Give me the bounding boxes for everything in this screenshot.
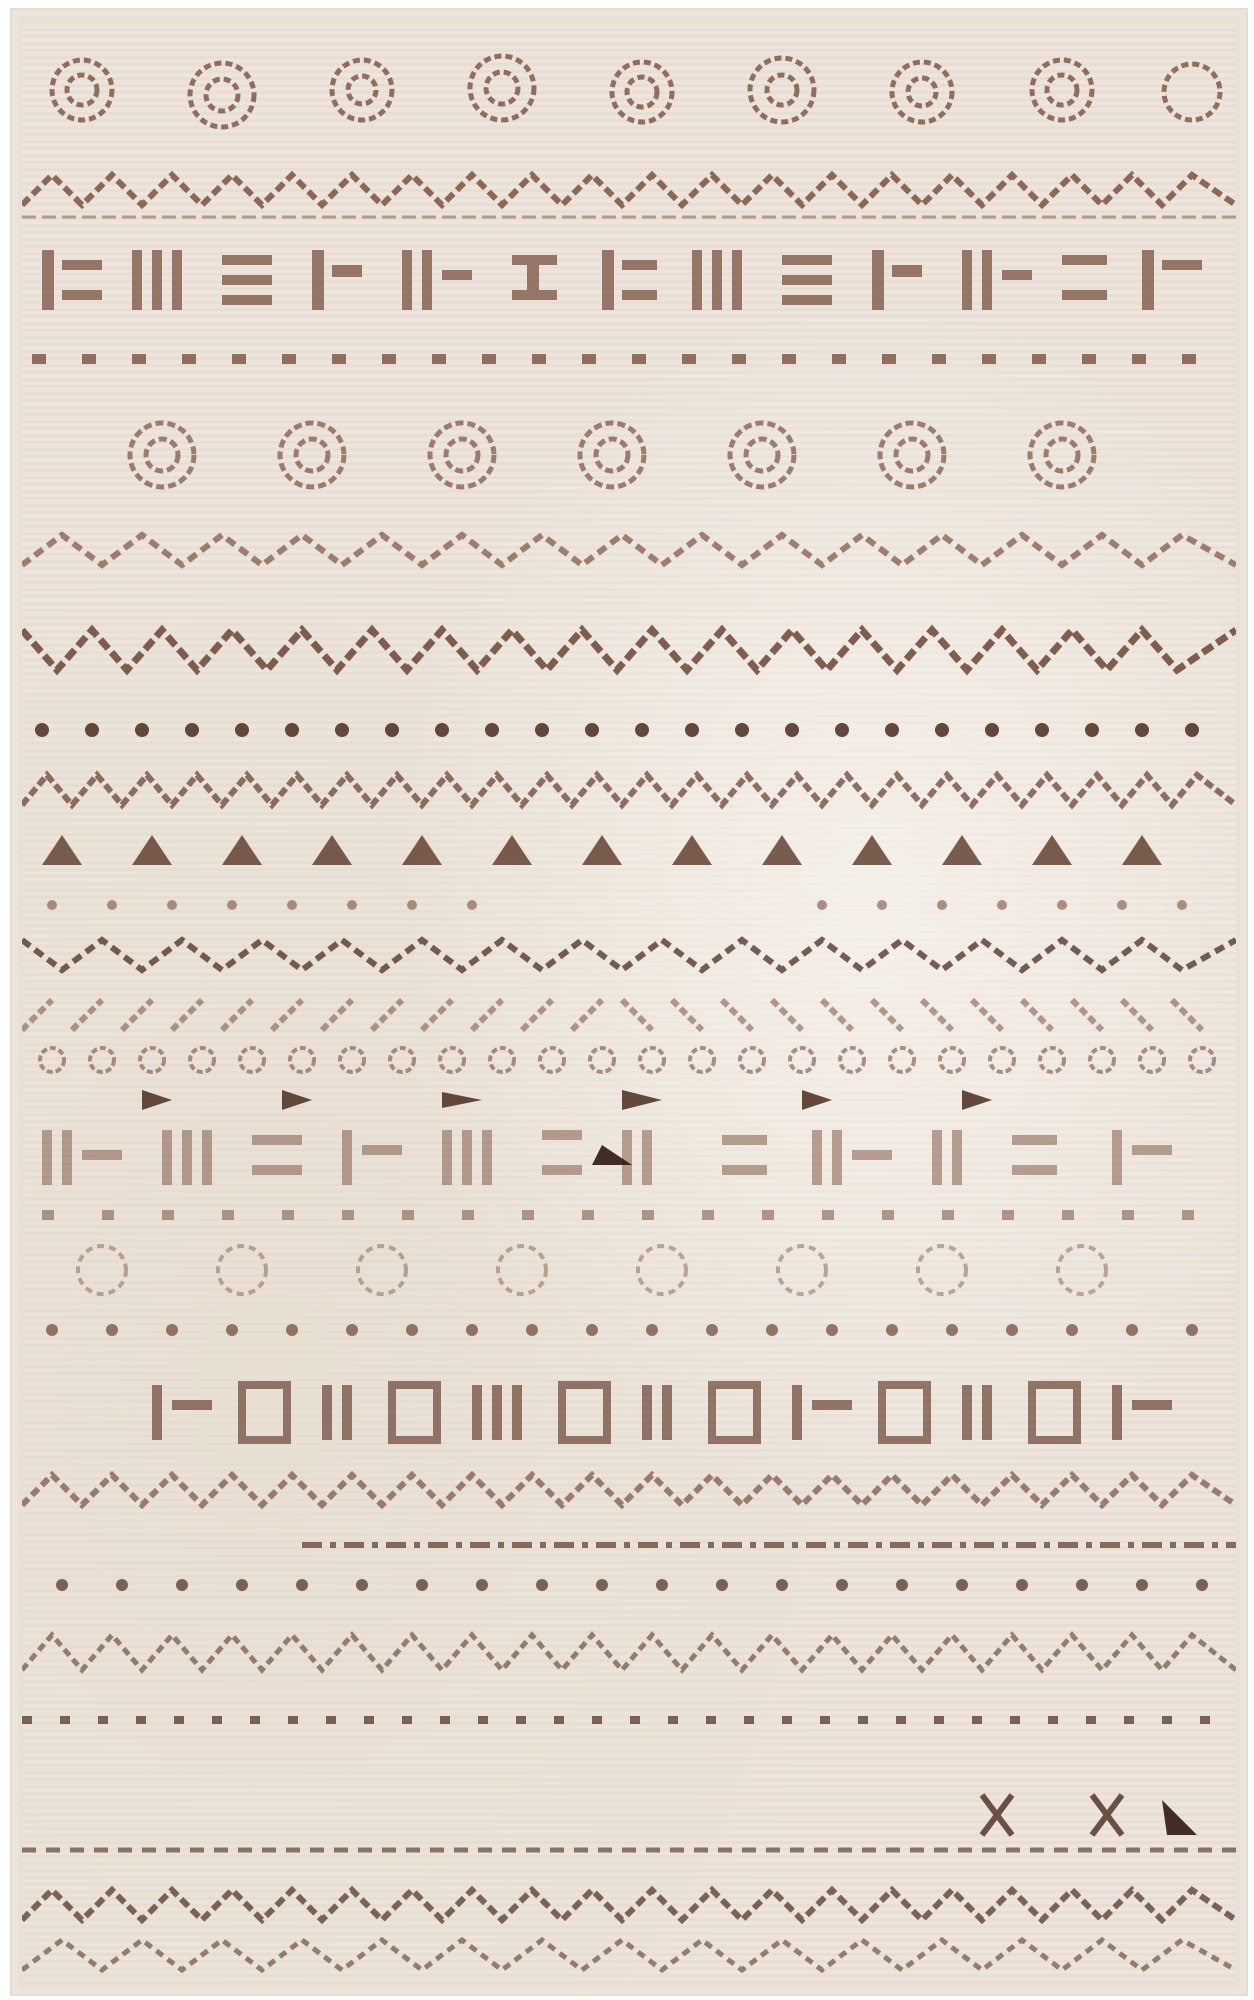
block-glyph-band xyxy=(22,1120,1236,1200)
arrow-band xyxy=(22,1080,1236,1120)
dotted-band xyxy=(22,1310,1236,1350)
triangle-band xyxy=(22,1620,1236,1680)
chevron-band xyxy=(22,610,1236,690)
rug-field xyxy=(22,20,1236,1984)
rug xyxy=(10,8,1248,1996)
spiral-medallion-band xyxy=(22,400,1236,510)
chevron-band xyxy=(22,925,1236,985)
dotted-band xyxy=(22,1200,1236,1230)
dotted-band xyxy=(22,1700,1236,1740)
dotted-band xyxy=(22,710,1236,750)
dotted-band xyxy=(22,1565,1236,1605)
dotted-band xyxy=(22,340,1236,380)
streak-band xyxy=(22,1530,1236,1560)
circle-band xyxy=(22,1040,1236,1080)
triangle-band xyxy=(22,825,1236,875)
zigzag-band xyxy=(22,160,1236,220)
zigzag-band xyxy=(22,1875,1236,1985)
spiral-medallion-band xyxy=(22,40,1236,150)
zigzag-band xyxy=(22,1465,1236,1515)
zigzag-band xyxy=(22,520,1236,580)
triangle-band xyxy=(22,765,1236,815)
x-motif-band xyxy=(22,1780,1236,1860)
block-glyph-band xyxy=(22,1375,1236,1455)
dotted-band xyxy=(22,890,1236,920)
herringbone-band xyxy=(22,990,1236,1040)
block-glyph-band xyxy=(22,235,1236,325)
spiral-medallion-band xyxy=(22,1230,1236,1310)
